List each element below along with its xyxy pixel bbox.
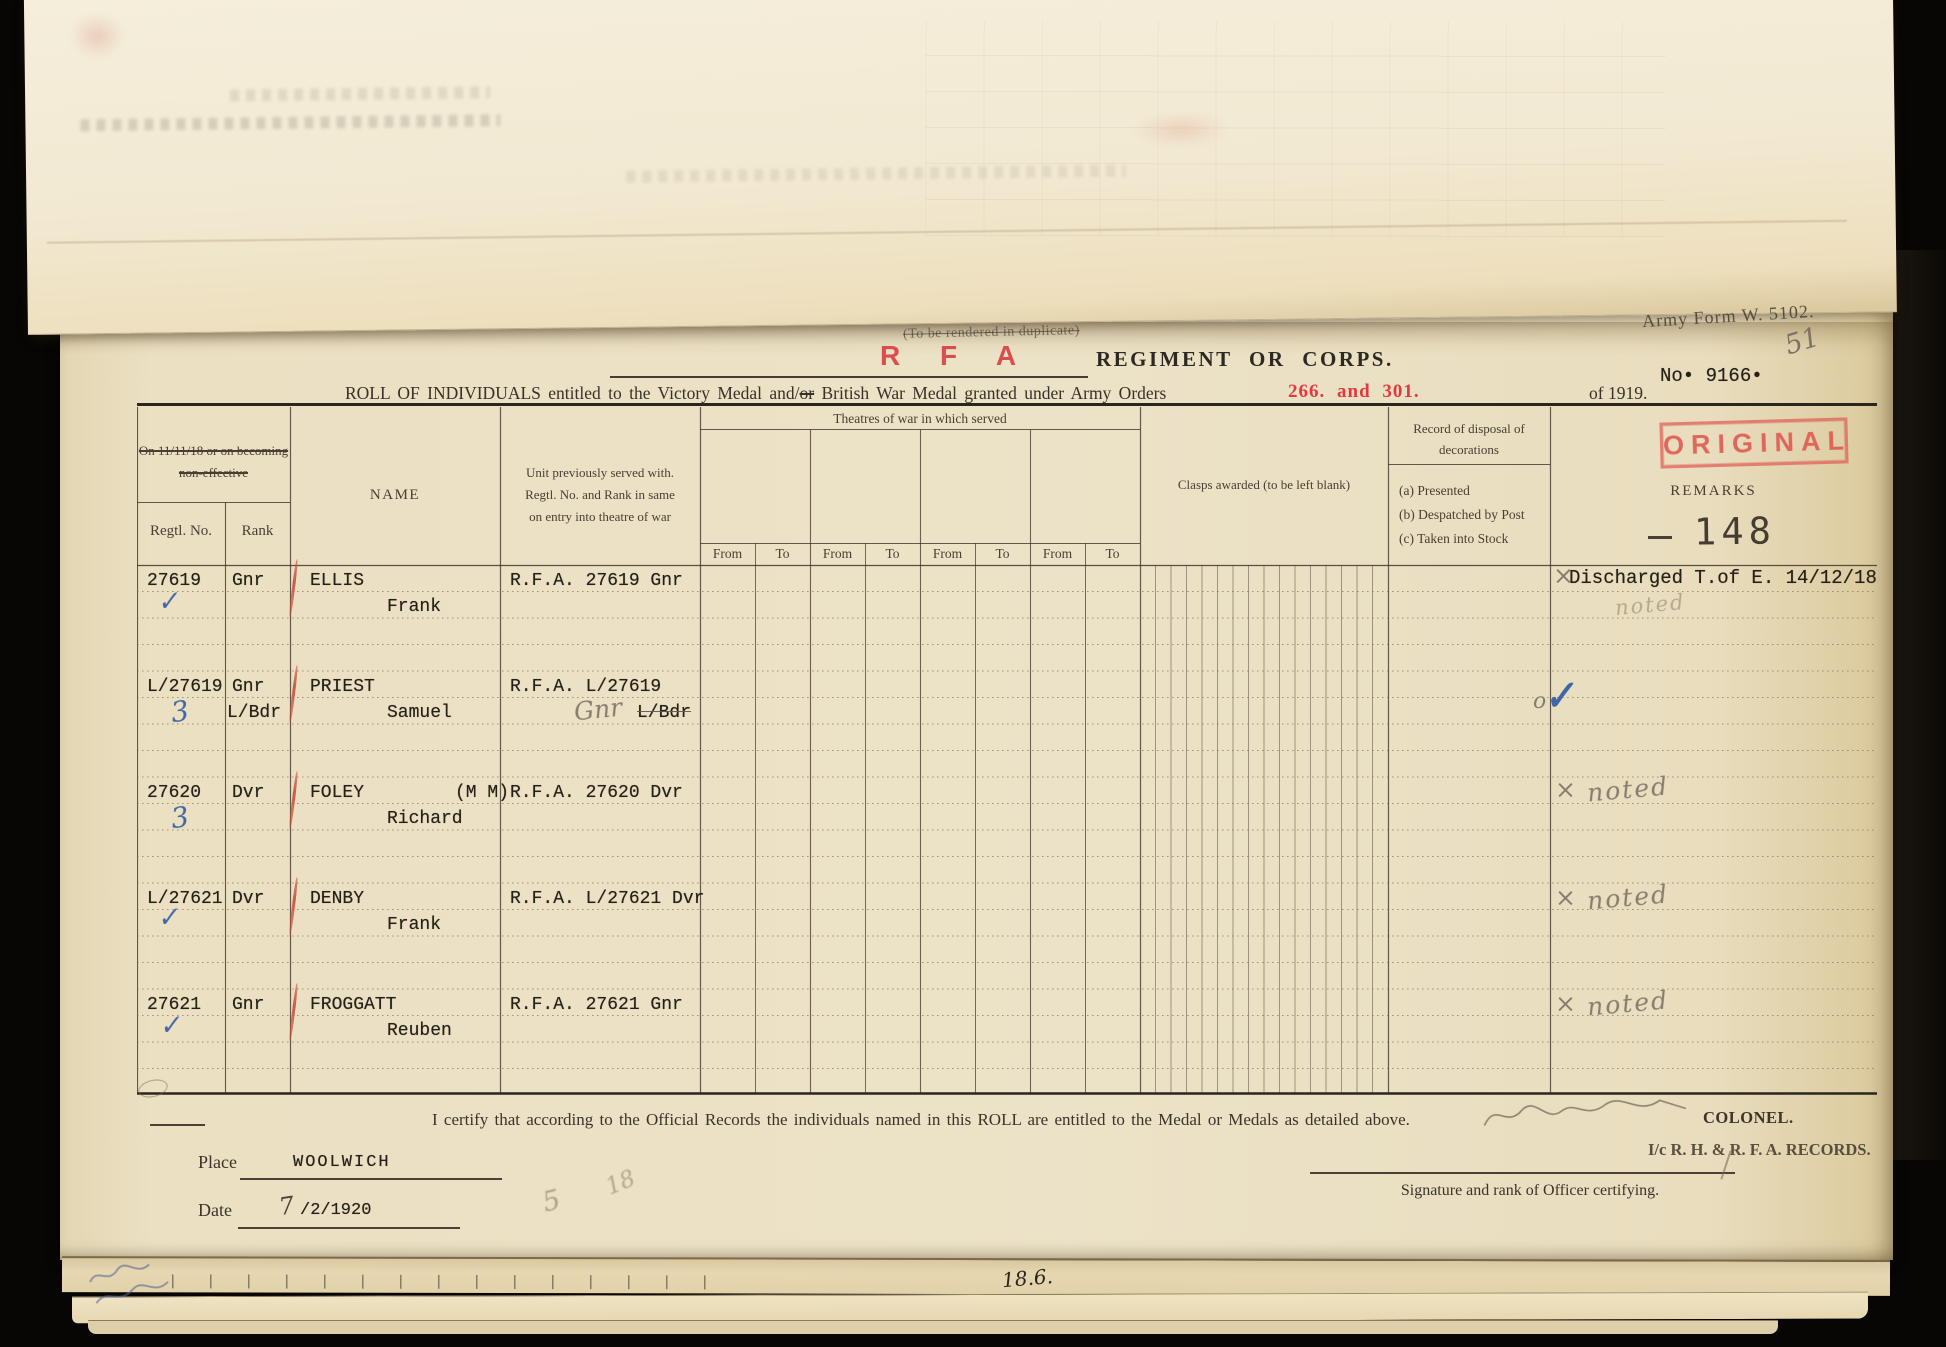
col-name: NAME <box>290 487 500 504</box>
disposal-option-a: (a) Presented <box>1399 483 1470 499</box>
col-effective-line1: On 11/11/18 or on becoming <box>137 443 290 459</box>
rank: Dvr <box>232 783 264 803</box>
regiment-red-stamp: R F A <box>880 340 1032 372</box>
sheet-number-stamp: 148 <box>1694 509 1776 553</box>
forename: Samuel <box>387 703 452 723</box>
signature-caption: Signature and rank of Officer certifying… <box>1325 1182 1735 1200</box>
unit-previous: R.F.A. 27620 Dvr <box>510 783 683 803</box>
surname: DENBY <box>310 889 364 909</box>
unit-pencil-rank: Gnr <box>573 693 624 727</box>
disposal-option-b: (b) Despatched by Post <box>1399 507 1525 523</box>
red-pen-stroke <box>288 983 298 1041</box>
col-to: To <box>865 546 920 562</box>
roll-number: No• 9166• <box>1660 365 1763 387</box>
roll-title-main: ROLL OF INDIVIDUALS entitled to the Vict… <box>345 383 800 403</box>
ghost-text-row <box>80 114 500 131</box>
officer-signature-handwriting <box>1477 1088 1693 1137</box>
roll-entry: L/27619 3 Gnr L/Bdr PRIEST Samuel R.F.A.… <box>137 671 1877 777</box>
unit-typed-rank: L/Bdr <box>637 703 691 723</box>
forename: Richard <box>387 809 463 829</box>
red-pen-stroke <box>288 877 298 935</box>
army-orders-red: 266. and 301. <box>1288 381 1420 403</box>
curled-previous-page <box>24 0 1897 335</box>
original-stamp: ORIGINAL <box>1659 417 1848 468</box>
roll-entry: 27621 ✓ Gnr FROGGATT Reuben R.F.A. 27621… <box>137 989 1877 1095</box>
date-underline <box>238 1227 460 1229</box>
col-unit-line2: Regtl. No. and Rank in same <box>500 487 700 503</box>
roll-entry: 27620 3 Dvr FOLEY (M M) Richard R.F.A. 2… <box>137 777 1877 883</box>
col-from: From <box>810 546 865 562</box>
pencil-x-mark: × <box>1555 989 1576 1018</box>
title-year: of 1919. <box>1589 383 1647 404</box>
ghost-table-grid <box>925 21 1665 237</box>
book-cover-edge <box>1893 250 1946 1160</box>
ghost-red-smudge <box>1115 105 1246 155</box>
page-edge-ticks <box>172 1274 732 1289</box>
surname: FOLEY <box>310 783 364 803</box>
unit-previous: R.F.A. 27621 Gnr <box>510 995 683 1015</box>
bottom-handwritten-note: 18.6. <box>1001 1264 1054 1292</box>
book-scan: (To be rendered in duplicate) Army Form … <box>0 0 1946 1347</box>
blue-checkmark: ✓ <box>157 1010 183 1043</box>
col-to: To <box>975 546 1030 562</box>
certification-text: I certify that according to the Official… <box>432 1110 1410 1130</box>
place-underline <box>240 1178 502 1180</box>
roll-title-rest: British War Medal granted under Army Ord… <box>814 383 1166 403</box>
remark-note-handwriting: noted <box>1586 985 1670 1021</box>
col-unit-line3: on entry into theatre of war <box>500 509 700 525</box>
pencil-x-mark: × <box>1555 775 1576 804</box>
rank-line2: L/Bdr <box>227 703 281 723</box>
rank: Gnr <box>232 995 264 1015</box>
header-rule <box>137 403 1877 406</box>
surname: FROGGATT <box>310 995 396 1015</box>
col-remarks: REMARKS <box>1550 483 1877 500</box>
col-rank: Rank <box>225 523 290 540</box>
blue-checkmark: ✓ <box>155 586 181 619</box>
rank: Gnr <box>232 571 264 591</box>
place-label: Place <box>198 1152 237 1173</box>
blue-3-mark: 3 <box>169 694 191 729</box>
col-theatres: Theatres of war in which served <box>700 411 1140 427</box>
remark-note-handwriting: noted <box>1586 771 1670 807</box>
honour-mm: (M M) <box>455 783 509 803</box>
col-unit-line1: Unit previously served with. <box>500 465 700 481</box>
col-disposal-line1: Record of disposal of <box>1388 421 1550 437</box>
col-from: From <box>700 546 755 562</box>
roll-title-struck-or: or <box>800 383 815 403</box>
place-value: WOOLWICH <box>293 1153 391 1172</box>
roll-title: ROLL OF INDIVIDUALS entitled to the Vict… <box>345 383 1166 404</box>
signature-line <box>1310 1172 1735 1174</box>
col-to: To <box>755 546 810 562</box>
col-from: From <box>920 546 975 562</box>
ghost-text-row <box>626 165 1126 183</box>
unit-previous: R.F.A. 27619 Gnr <box>510 571 683 591</box>
disposal-option-c: (c) Taken into Stock <box>1399 531 1508 547</box>
remark-typed: Discharged T.of E. 14/12/18 <box>1569 567 1877 589</box>
col-from: From <box>1030 546 1085 562</box>
roll-entry: L/27621 ✓ Dvr DENBY Frank R.F.A. L/27621… <box>137 883 1877 989</box>
remark-note-handwriting: noted <box>1614 590 1686 620</box>
remark-note-handwriting: noted <box>1586 879 1670 915</box>
rank: Dvr <box>232 889 264 909</box>
unit-previous: R.F.A. L/27619 <box>510 677 661 697</box>
roll-table: On 11/11/18 or on becoming non-effective… <box>137 407 1877 1095</box>
col-effective-line2: non-effective <box>137 465 290 481</box>
forename: Reuben <box>387 1021 452 1041</box>
date-label: Date <box>198 1200 232 1221</box>
sheet-number-dash <box>1648 536 1672 539</box>
col-clasps: Clasps awarded (to be left blank) <box>1140 477 1388 493</box>
col-disposal-line2: decorations <box>1388 442 1550 458</box>
page-edge-strip: 18.6. <box>62 1256 1890 1296</box>
rank: Gnr <box>232 677 264 697</box>
regtl-no: 27620 <box>147 783 201 803</box>
col-to: To <box>1085 546 1140 562</box>
page-edge-strip <box>72 1292 1868 1324</box>
pencil-dash <box>150 1124 205 1126</box>
blue-check-remark: ✓ <box>1540 671 1578 720</box>
forename: Frank <box>387 597 441 617</box>
page-edge-strip <box>88 1320 1778 1334</box>
red-pen-stroke <box>288 559 298 617</box>
red-pen-stroke <box>288 771 298 829</box>
officer-rank: COLONEL. <box>1703 1108 1794 1128</box>
regiment-corps-label: REGIMENT OR CORPS. <box>1096 347 1394 372</box>
pencil-x-mark: × <box>1555 883 1576 912</box>
blue-3-mark: 3 <box>169 800 191 835</box>
red-pen-stroke <box>288 665 298 723</box>
blue-checkmark: ✓ <box>155 902 181 935</box>
surname: ELLIS <box>310 571 364 591</box>
officer-office: I/c R. H. & R. F. A. RECORDS. <box>1648 1140 1871 1160</box>
ghost-red-stamp <box>58 3 137 70</box>
ghost-text-row <box>230 86 490 101</box>
surname: PRIEST <box>310 677 375 697</box>
forename: Frank <box>387 915 441 935</box>
regiment-blank-line <box>610 376 1088 378</box>
roll-entry: 27619 ✓ Gnr ELLIS Frank R.F.A. 27619 Gnr… <box>137 565 1877 671</box>
date-typed-part: /2/1920 <box>300 1201 371 1220</box>
unit-previous: R.F.A. L/27621 Dvr <box>510 889 704 909</box>
col-regtl-no: Regtl. No. <box>137 523 225 540</box>
ghost-fold-line <box>47 220 1847 244</box>
